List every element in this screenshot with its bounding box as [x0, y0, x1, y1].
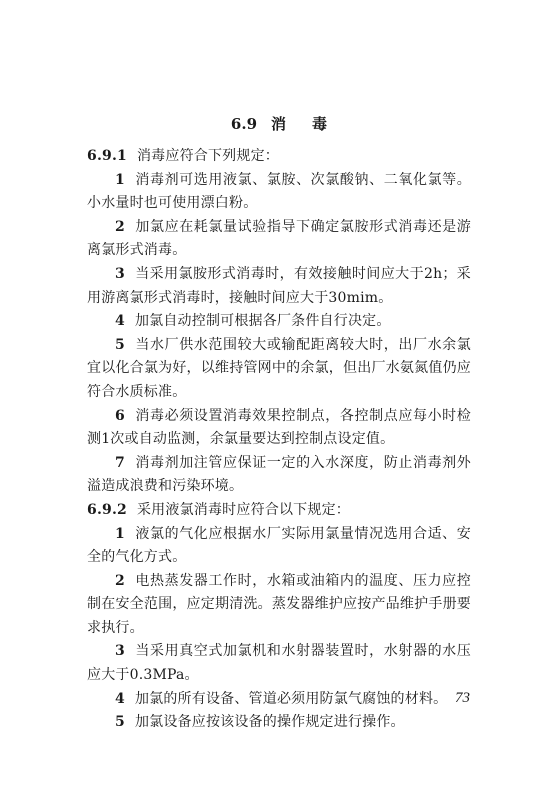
list-item: 5加氯设备应按该设备的操作规定进行操作。 [87, 711, 471, 735]
item-number: 1 [115, 172, 125, 188]
item-text: 消毒必须设置消毒效果控制点，各控制点应每小时检测1次或自动监测，余氯量要达到控制… [87, 408, 471, 448]
item-number: 4 [115, 691, 125, 707]
list-item: 7消毒剂加注管应保证一定的入水深度，防止消毒剂外溢造成浪费和污染环境。 [87, 452, 471, 499]
item-text: 消毒剂加注管应保证一定的入水深度，防止消毒剂外溢造成浪费和污染环境。 [87, 455, 471, 495]
item-number: 3 [115, 266, 125, 282]
list-item: 3当采用真空式加氯机和水射器装置时，水射器的水压应大于0.3MPa。 [87, 640, 471, 687]
item-number: 1 [115, 526, 125, 542]
clause-heading: 6.9.1消毒应符合下列规定： [87, 145, 471, 169]
item-number: 2 [115, 219, 125, 235]
item-text: 加氯设备应按该设备的操作规定进行操作。 [135, 714, 405, 730]
list-item: 1液氯的气化应根据水厂实际用氯量情况选用合适、安全的气化方式。 [87, 523, 471, 570]
section-body: 6.9.1消毒应符合下列规定： 1消毒剂可选用液氯、氯胺、次氯酸钠、二氧化氯等。… [87, 145, 471, 735]
item-text: 加氯自动控制可根据各厂条件自行决定。 [135, 313, 391, 329]
item-number: 4 [115, 313, 125, 329]
item-text: 液氯的气化应根据水厂实际用氯量情况选用合适、安全的气化方式。 [87, 526, 471, 566]
list-item: 5当水厂供水范围较大或输配距离较大时，出厂水余氯宜以化合氯为好，以维持管网中的余… [87, 334, 471, 405]
page-number: 73 [455, 690, 470, 707]
list-item: 4加氯自动控制可根据各厂条件自行决定。 [87, 310, 471, 334]
section-title-char1: 消 [271, 115, 286, 133]
clause-heading: 6.9.2采用液氯消毒时应符合以下规定： [87, 499, 471, 523]
clause-number: 6.9.2 [87, 502, 127, 518]
item-text: 当采用氯胺形式消毒时，有效接触时间应大于2h；采用游离氯形式消毒时，接触时间应大… [87, 266, 471, 306]
list-item: 1消毒剂可选用液氯、氯胺、次氯酸钠、二氧化氯等。小水量时也可使用漂白粉。 [87, 169, 471, 216]
item-text: 当采用真空式加氯机和水射器装置时，水射器的水压应大于0.3MPa。 [87, 643, 471, 683]
item-number: 5 [115, 714, 125, 730]
item-text: 电热蒸发器工作时，水箱或油箱内的温度、压力应控制在安全范围，应定期清洗。蒸发器维… [87, 573, 471, 636]
list-item: 2电热蒸发器工作时，水箱或油箱内的温度、压力应控制在安全范围，应定期清洗。蒸发器… [87, 570, 471, 641]
item-text: 当水厂供水范围较大或输配距离较大时，出厂水余氯宜以化合氯为好，以维持管网中的余氯… [87, 337, 471, 400]
list-item: 6消毒必须设置消毒效果控制点，各控制点应每小时检测1次或自动监测，余氯量要达到控… [87, 405, 471, 452]
section-title: 6.9消毒 [87, 113, 471, 134]
list-item: 3当采用氯胺形式消毒时，有效接触时间应大于2h；采用游离氯形式消毒时，接触时间应… [87, 263, 471, 310]
item-text: 加氯应在耗氯量试验指导下确定氯胺形式消毒还是游离氯形式消毒。 [87, 219, 471, 259]
section-title-char2: 毒 [312, 115, 327, 133]
clause-heading-text: 采用液氯消毒时应符合以下规定： [137, 502, 350, 518]
item-number: 3 [115, 643, 125, 659]
item-number: 5 [115, 337, 125, 353]
item-text: 消毒剂可选用液氯、氯胺、次氯酸钠、二氧化氯等。小水量时也可使用漂白粉。 [87, 172, 471, 212]
clause-heading-text: 消毒应符合下列规定： [137, 148, 279, 164]
item-number: 6 [115, 408, 125, 424]
list-item: 4加氯的所有设备、管道必须用防氯气腐蚀的材料。 [87, 688, 471, 712]
clause-number: 6.9.1 [87, 148, 127, 164]
section-number: 6.9 [231, 115, 257, 133]
item-text: 加氯的所有设备、管道必须用防氯气腐蚀的材料。 [135, 691, 447, 707]
item-number: 2 [115, 573, 125, 589]
list-item: 2加氯应在耗氯量试验指导下确定氯胺形式消毒还是游离氯形式消毒。 [87, 216, 471, 263]
item-number: 7 [115, 455, 125, 471]
